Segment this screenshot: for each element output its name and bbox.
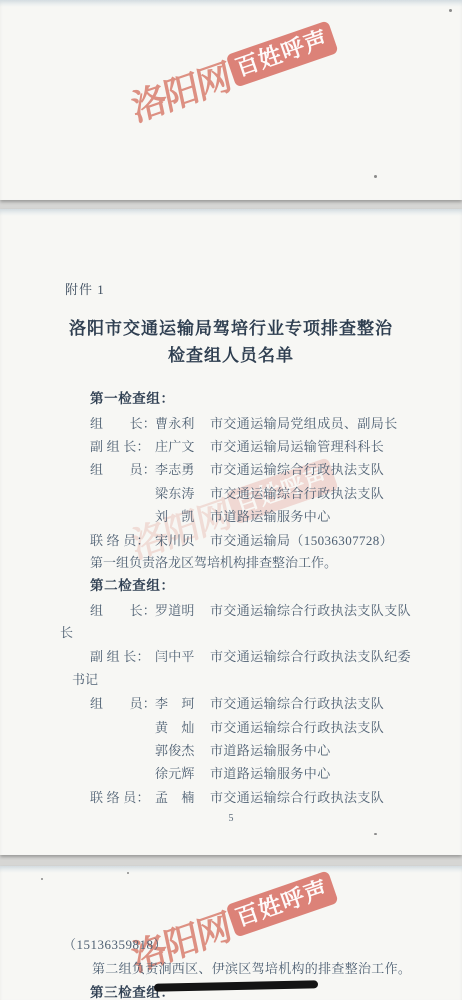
attachment-label: 附件 1 <box>65 279 105 298</box>
roster-row: 副 组 长：庄广文市交通运输局运输管理科科长 <box>90 434 438 457</box>
scan-speck <box>374 175 377 178</box>
roster-row: 组 员：李 珂市交通运输综合行政执法支队 <box>90 691 438 714</box>
roster-row: 黄 灿市交通运输综合行政执法支队 <box>90 714 438 737</box>
page-attachment: 洛阳网 百姓呼声 附件 1 洛阳市交通运输局驾培行业专项排查整治 检查组人员名单… <box>0 209 462 855</box>
roster-row: 梁东涛市交通运输综合行政执法支队 <box>90 481 438 504</box>
roster-body: 第一检查组： 组 长：曹永利市交通运输局党组成员、副局长 副 组 长：庄广文市交… <box>60 387 438 808</box>
page-number: 5 <box>0 813 462 824</box>
group-note: 第二组负责涧西区、伊滨区驾培机构的排查整治工作。 <box>92 958 411 977</box>
document-title-line1: 洛阳市交通运输局驾培行业专项排查整治 <box>0 315 462 342</box>
roster-row: 组 员：李志勇市交通运输综合行政执法支队 <box>90 457 438 480</box>
document-title: 洛阳市交通运输局驾培行业专项排查整治 检查组人员名单 <box>0 315 462 369</box>
roster-row: 联 络 员：孟 楠市交通运输综合行政执法支队 <box>90 785 438 808</box>
watermark-script-logo: 洛阳网 <box>129 59 233 128</box>
wrapped-text: 长 <box>60 621 438 644</box>
roster-row: 副 组 长：闫中平市交通运输综合行政执法支队纪委 <box>90 644 438 667</box>
roster-row: 刘 凯市道路运输服务中心 <box>90 504 438 527</box>
roster-row: 徐元辉市道路运输服务中心 <box>90 761 438 784</box>
watermark: 洛阳网 百姓呼声 <box>126 19 339 122</box>
page-continuation: 洛阳网 百姓呼声 （15136359818） 第二组负责涧西区、伊滨区驾培机构的… <box>0 866 462 1000</box>
wrapped-text: 书记 <box>72 668 438 691</box>
roster-row: 郭俊杰市道路运输服务中心 <box>90 738 438 761</box>
scan-speck <box>41 878 43 880</box>
scanned-document-view: 洛阳网 百姓呼声 洛阳网 百姓呼声 附件 1 洛阳市交通运输局驾培行业专项排查整… <box>0 0 462 1000</box>
watermark-banner-badge: 百姓呼声 <box>226 870 339 937</box>
phone-continuation: （15136359818） <box>63 934 167 953</box>
watermark-banner-badge: 百姓呼声 <box>226 20 339 87</box>
roster-row: 组 长：曹永利市交通运输局党组成员、副局长 <box>90 410 438 433</box>
group-heading: 第一检查组： <box>90 387 438 410</box>
group-heading: 第二检查组： <box>90 574 438 597</box>
redaction-marker-bar <box>154 980 318 991</box>
group-note: 第一组负责洛龙区驾培机构排查整治工作。 <box>90 551 438 574</box>
document-title-line2: 检查组人员名单 <box>0 342 462 369</box>
page-blank: 洛阳网 百姓呼声 <box>0 0 462 200</box>
scan-speck <box>127 872 129 874</box>
scan-speck <box>374 833 377 835</box>
scan-speck <box>449 9 452 12</box>
roster-row: 联 络 员：宋川贝市交通运输局（15036307728） <box>90 527 438 550</box>
roster-row: 组 长：罗道明市交通运输综合行政执法支队支队 <box>90 598 438 621</box>
